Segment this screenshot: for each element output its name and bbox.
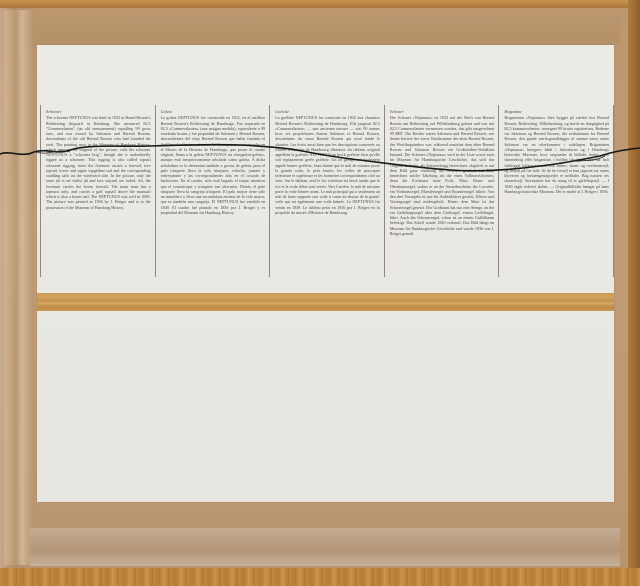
tape-bottom <box>30 528 620 566</box>
column-heading: Goélette <box>275 109 380 114</box>
caption-column-french: Goélette La goélette NEPTUNUS fut constr… <box>269 105 384 277</box>
wood-frame-bottom <box>0 568 640 586</box>
caption-column-danish: Brigantine Brigantinen »Neptunus« blev b… <box>498 105 614 277</box>
column-heading: Goleta <box>161 109 266 114</box>
caption-column-spanish: Goleta La goleta NEPTUNUS fue construida… <box>155 105 270 277</box>
tape-top <box>30 14 620 46</box>
middle-tape-strip <box>37 293 614 311</box>
wood-frame-right <box>628 0 640 586</box>
column-body: The schooner NEPTUNUS was built in 1832 … <box>46 115 151 210</box>
caption-column-german: Schoner Der Schoner »Neptunus« ist 1832 … <box>384 105 499 277</box>
column-body: Der Schoner »Neptunus« ist 1832 auf der … <box>390 115 495 236</box>
caption-columns: Schooner The schooner NEPTUNUS was built… <box>40 105 614 281</box>
caption-column-english: Schooner The schooner NEPTUNUS was built… <box>40 105 155 277</box>
tape-left <box>4 10 34 565</box>
column-body: Brigantinen »Neptunus« blev bygget på væ… <box>504 115 609 194</box>
column-heading: Schoner <box>390 109 495 114</box>
wood-frame-top <box>0 0 640 8</box>
column-body: La goleta NEPTUNUS fue construida en 183… <box>161 115 266 215</box>
column-heading: Brigantine <box>504 109 609 114</box>
column-heading: Schooner <box>46 109 151 114</box>
column-body: La goélette NEPTUNUS fut construite en 1… <box>275 115 380 215</box>
